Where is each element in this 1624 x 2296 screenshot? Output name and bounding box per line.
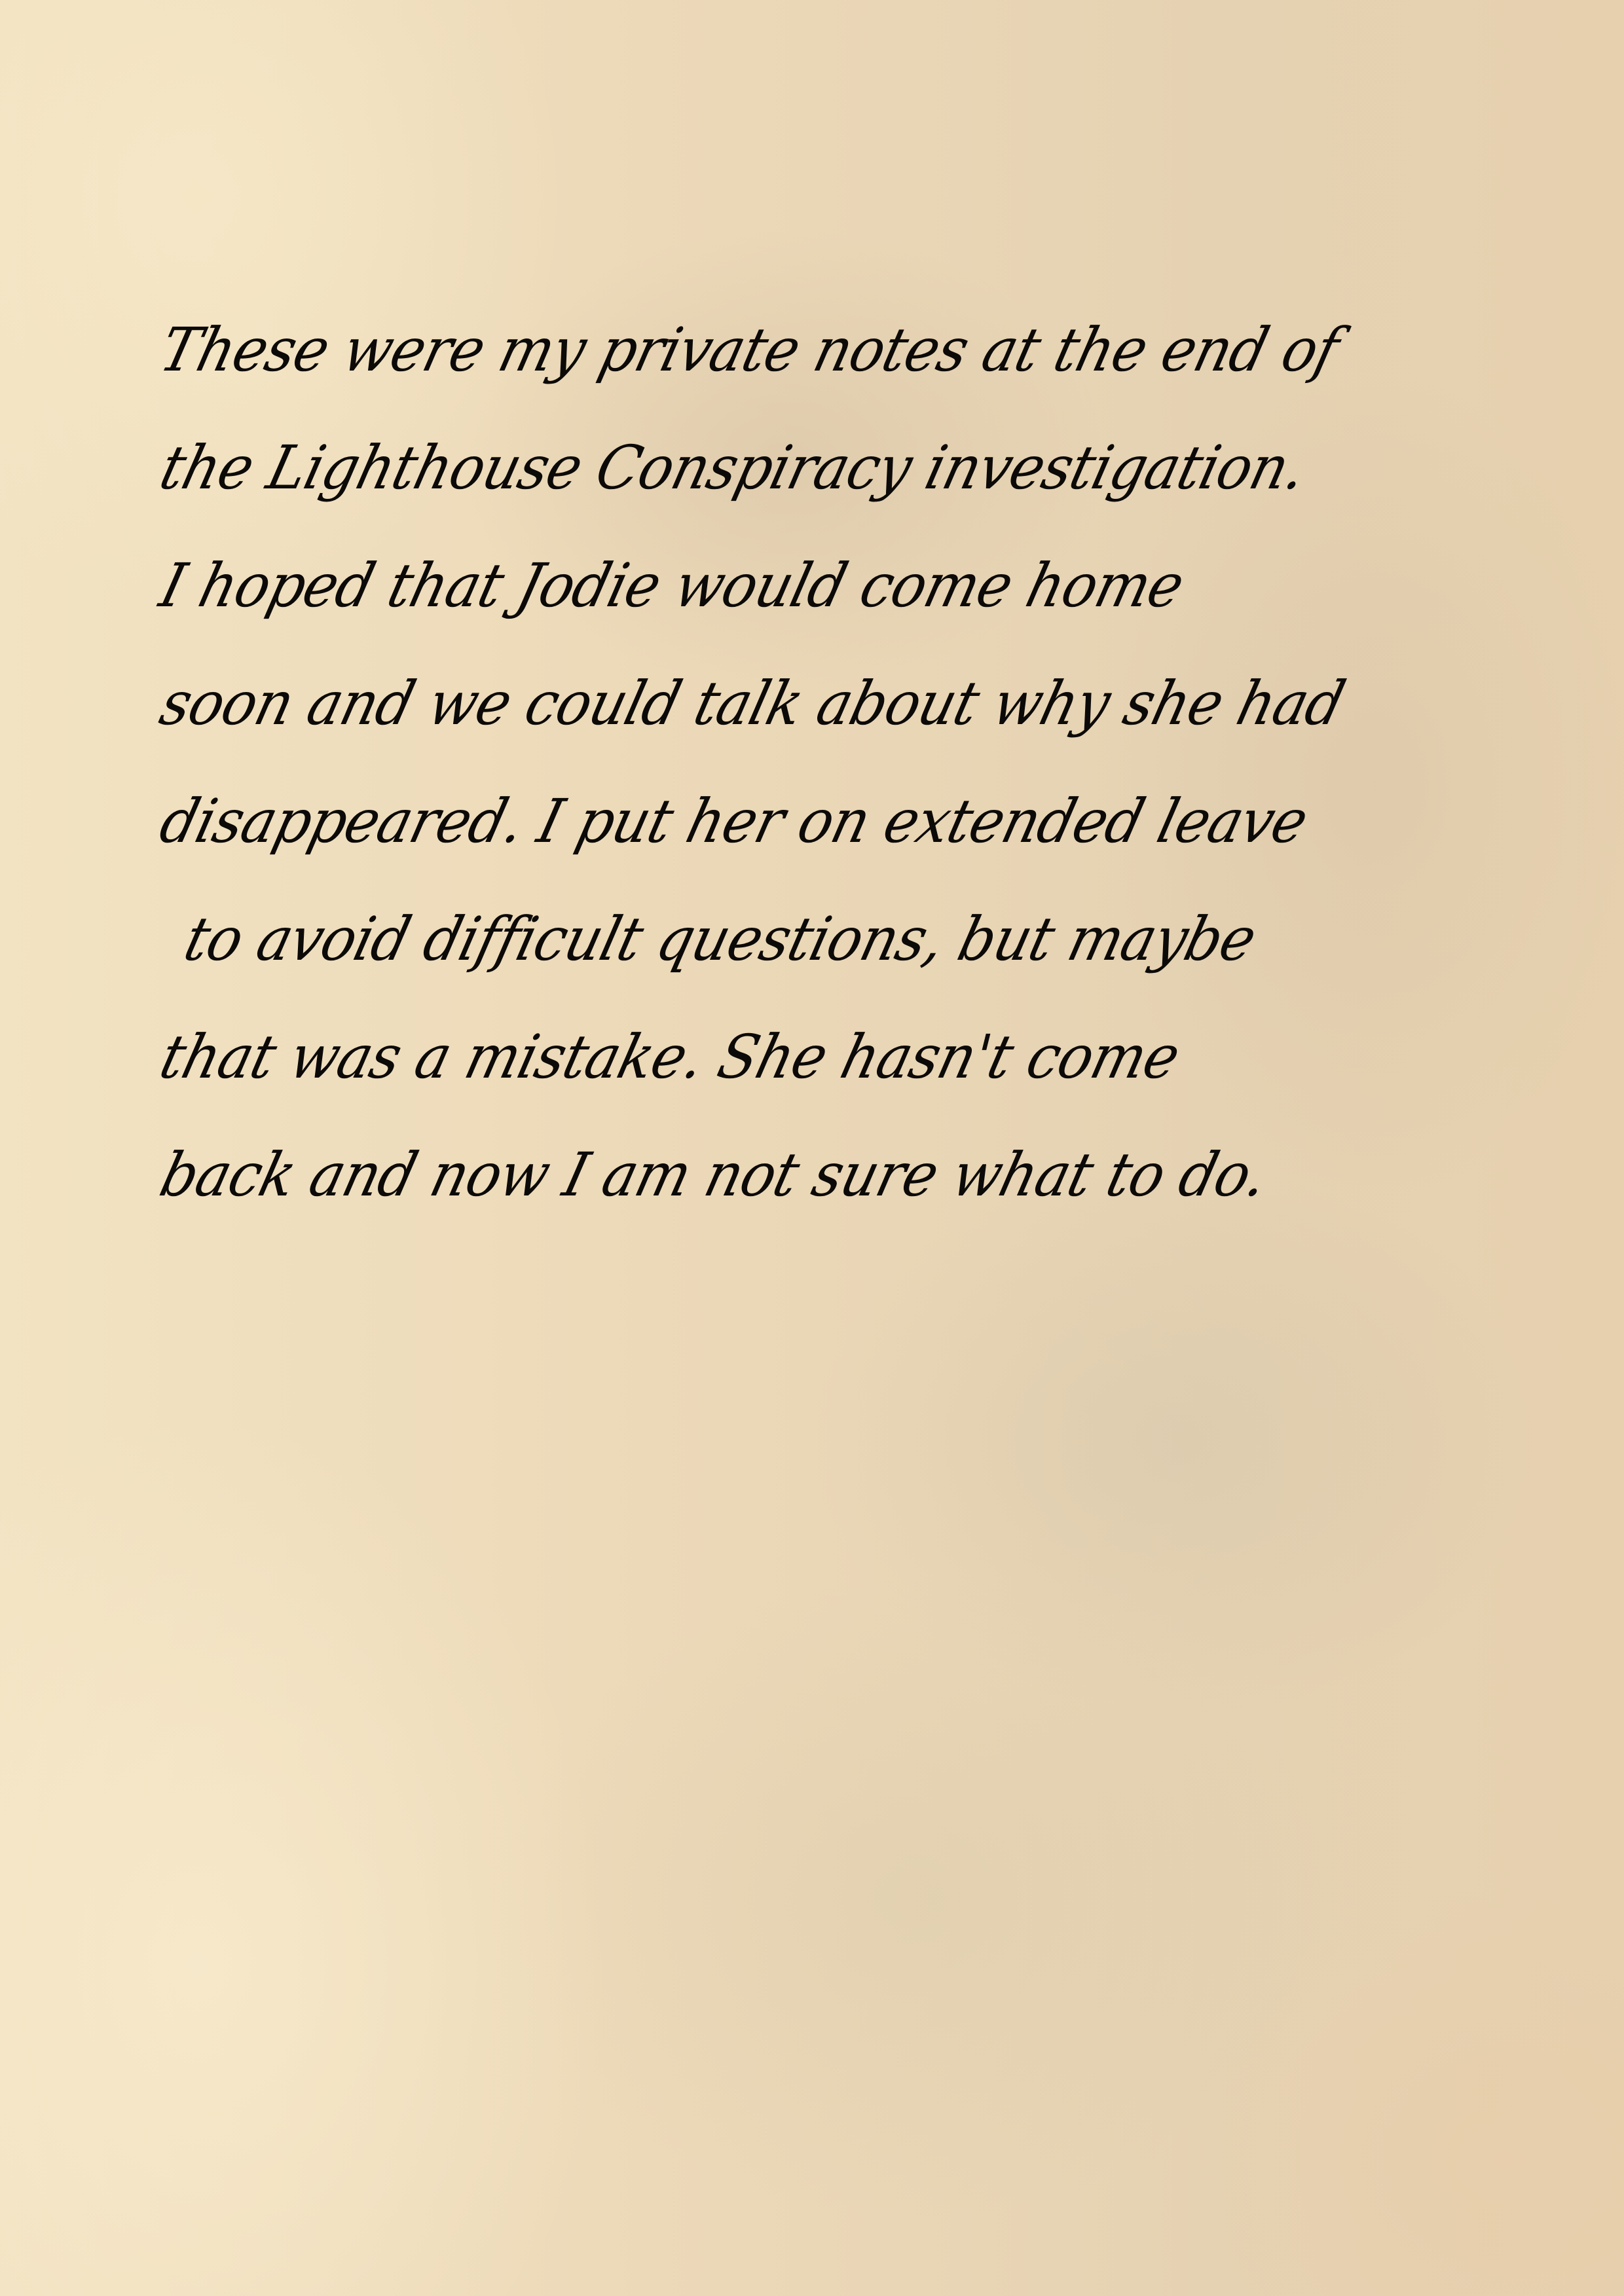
note-line-6: to avoid difficult questions, but maybe [147,881,1456,998]
note-line-1: These were my private notes at the end o… [147,291,1456,409]
note-line-8: back and now I am not sure what to do. [147,1116,1456,1234]
handwritten-note: These were my private notes at the end o… [147,291,1522,1234]
note-line-3: I hoped that Jodie would come home [147,527,1456,645]
note-line-5: disappeared. I put her on extended leave [147,763,1456,881]
note-line-7: that was a mistake. She hasn't come [147,998,1456,1116]
note-line-4: soon and we could talk about why she had [147,645,1456,763]
note-line-2: the Lighthouse Conspiracy investigation. [147,409,1456,527]
